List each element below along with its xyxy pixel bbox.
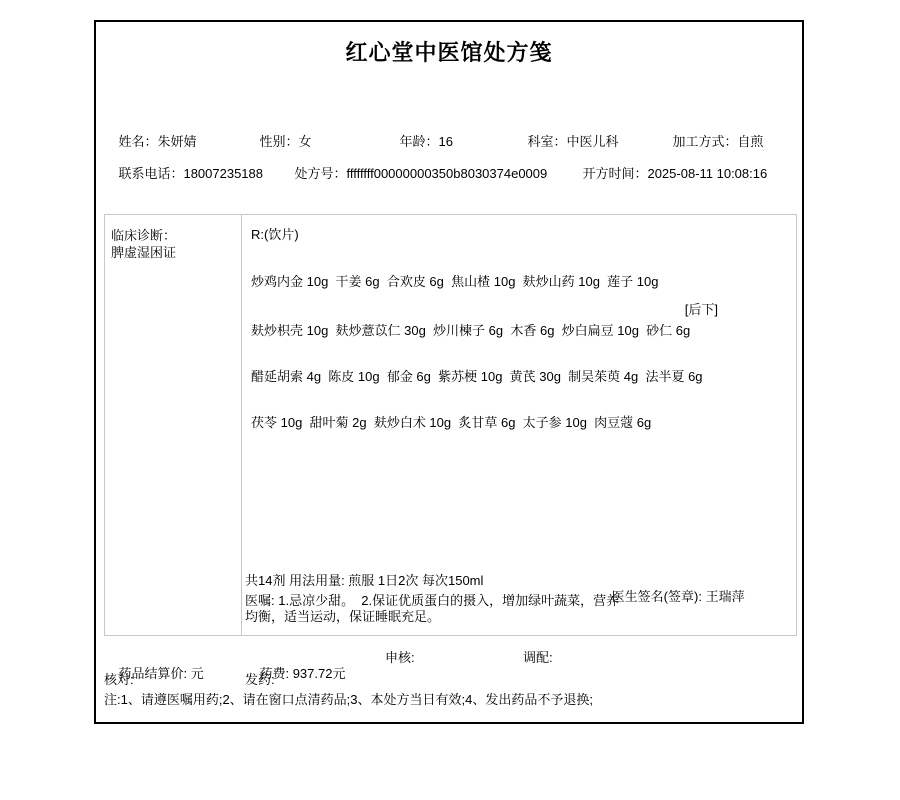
herb-line-3: 醋延胡索 4g 陈皮 10g 郁金 6g 紫苏梗 10g 黄芪 30g 制吴茱萸… [251,369,703,385]
check-field: 核对: [104,672,134,688]
rx-number-field: 处方号：ffffffff00000000350b8030374e0009 [280,150,547,198]
patient-age-value: 16 [438,134,452,149]
rx-time-label: 开方时间： [582,166,647,181]
rx-number-label: 处方号： [294,166,346,181]
diagnosis-cell: 临床诊断：脾虚湿困证 [105,215,242,635]
review-field: 申核: [385,650,415,666]
prescription-sheet: 红心堂中医馆处方笺 姓名：朱妍婧 性别：女 年龄：16 科室：中医儿科 加工方式… [94,20,804,724]
decoction-annotation: [后下] [685,302,718,318]
fee-value: 937.72元 [293,666,346,681]
rx-box: 临床诊断：脾虚湿困证 R:(饮片) 炒鸡内金 10g 干姜 6g 合欢皮 6g … [104,214,797,636]
doctor-signature-label: 医生签名(签章): [612,589,706,604]
issue-field: 发药: [245,672,275,688]
dispense-field: 调配: [523,650,553,666]
processing-method-value: 自煎 [737,134,763,149]
rx-header: R:(饮片) [251,227,299,243]
dosage-line: 共14剂 用法用量: 煎服 1日2次 每次150ml [245,573,483,589]
patient-gender-value: 女 [298,134,311,149]
patient-gender-label: 性别： [259,134,298,149]
herb-line-1: 炒鸡内金 10g 干姜 6g 合欢皮 6g 焦山楂 10g 麸炒山药 10g 莲… [251,274,658,290]
diagnosis-label: 临床诊断： [111,228,176,243]
patient-name-value: 朱妍婧 [157,134,196,149]
phone-field: 联系电话：18007235188 [104,150,263,198]
rx-time-field: 开方时间：2025-08-11 10:08:16 [568,150,767,198]
settle-price-value: 元 [191,666,204,681]
processing-method-label: 加工方式： [672,134,737,149]
advice-line-2: 均衡，适当运动，保证睡眠充足。 [245,609,440,625]
phone-value: 18007235188 [183,166,263,181]
herb-line-4: 茯苓 10g 甜叶菊 2g 麸炒白术 10g 炙甘草 6g 太子参 10g 肉豆… [251,415,651,431]
clinic-title: 红心堂中医馆处方笺 [96,36,802,67]
department-value: 中医儿科 [566,134,618,149]
note-line: 注:1、请遵医嘱用药;2、请在窗口点清药品;3、本处方当日有效;4、发出药品不予… [104,692,593,708]
herb-line-2: 麸炒枳壳 10g 麸炒薏苡仁 30g 炒川楝子 6g 木香 6g 炒白扁豆 10… [251,323,690,339]
department-label: 科室： [527,134,566,149]
rx-time-value: 2025-08-11 10:08:16 [647,166,767,181]
doctor-signature-name: 王瑞萍 [706,589,745,604]
phone-label: 联系电话： [118,166,183,181]
patient-name-label: 姓名： [118,134,157,149]
advice-line-1: 医嘱: 1.忌凉少甜。 2.保证优质蛋白的摄入，增加绿叶蔬菜，营养 [245,593,619,609]
rx-number-value: ffffffff00000000350b8030374e0009 [346,166,547,181]
diagnosis-value: 脾虚湿困证 [111,245,176,260]
patient-age-label: 年龄： [399,134,438,149]
